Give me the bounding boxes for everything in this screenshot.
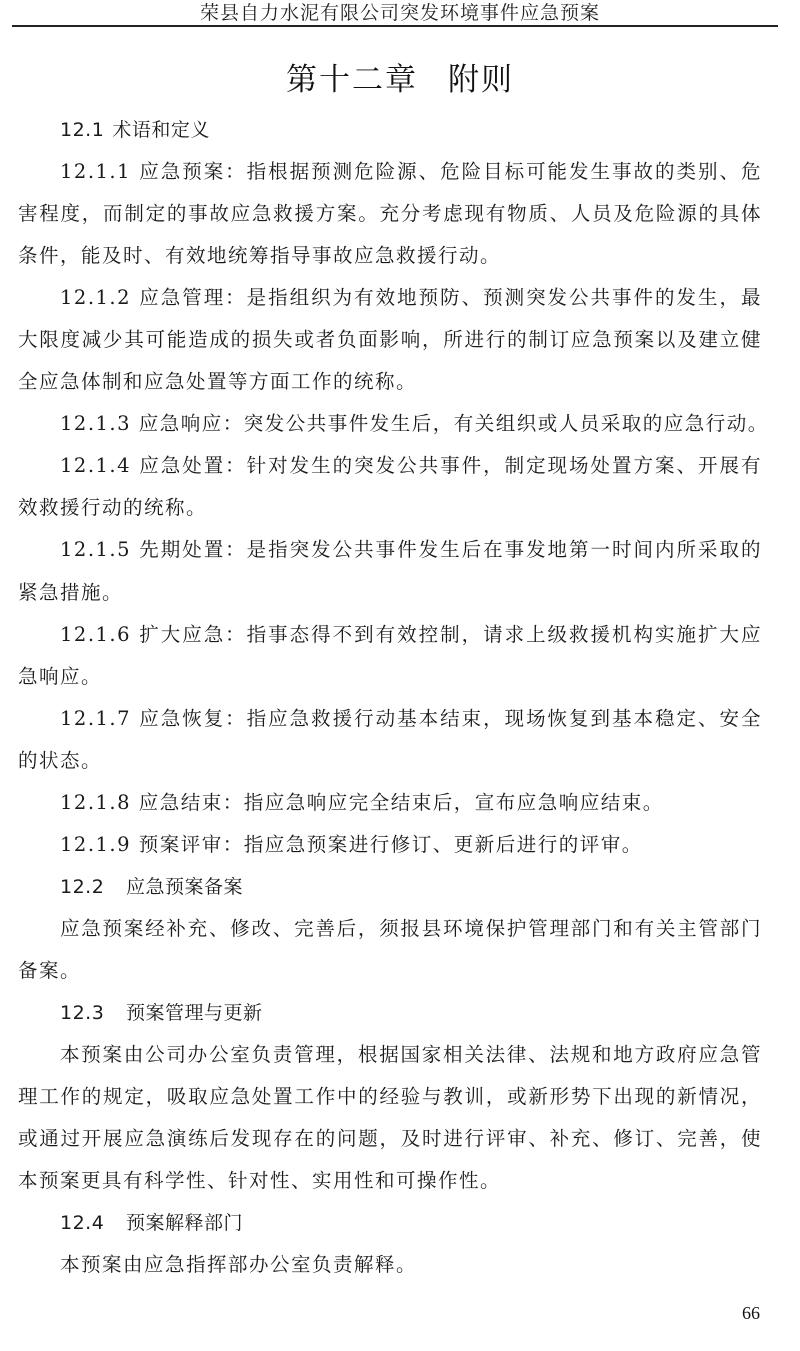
paragraph-line: 的状态。 — [18, 740, 762, 782]
paragraph-line: 条件，能及时、有效地统筹指导事故应急救援行动。 — [18, 235, 762, 277]
section-number: 12.4 — [60, 1202, 126, 1244]
chapter-name: 附则 — [448, 62, 514, 98]
paragraph-line: 效救援行动的统称。 — [18, 487, 762, 529]
definition-12-1-4: 12.1.4 应急处置：针对发生的突发公共事件，制定现场处置方案、开展有 效救援… — [18, 445, 762, 529]
definition-12-1-3: 12.1.3 应急响应：突发公共事件发生后，有关组织或人员采取的应急行动。 — [18, 403, 762, 445]
paragraph-12-4: 本预案由应急指挥部办公室负责解释。 — [18, 1244, 762, 1286]
document-body: 12.1术语和定义 12.1.1 应急预案：指根据预测危险源、危险目标可能发生事… — [18, 109, 762, 1286]
header-divider — [12, 25, 778, 27]
section-number: 12.3 — [60, 992, 126, 1034]
paragraph-line: 12.1.6 扩大应急：指事态得不到有效控制，请求上级救援机构实施扩大应 — [18, 614, 762, 656]
paragraph-line: 大限度减少其可能造成的损失或者负面影响，所进行的制订应急预案以及建立健 — [18, 319, 762, 361]
paragraph-line: 本预案更具有科学性、针对性、实用性和可操作性。 — [18, 1160, 762, 1202]
paragraph-line: 本预案由公司办公室负责管理，根据国家相关法律、法规和地方政府应急管 — [18, 1034, 762, 1076]
definition-12-1-7: 12.1.7 应急恢复：指应急救援行动基本结束，现场恢复到基本稳定、安全 的状态… — [18, 698, 762, 782]
running-header: 荣县自力水泥有限公司突发环境事件应急预案 — [0, 0, 800, 26]
chapter-number: 第十二章 — [286, 62, 418, 98]
section-title: 预案管理与更新 — [126, 1002, 263, 1024]
section-heading-12-1: 12.1术语和定义 — [18, 109, 762, 151]
section-title: 术语和定义 — [112, 119, 210, 141]
paragraph-line: 12.1.2 应急管理：是指组织为有效地预防、预测突发公共事件的发生，最 — [18, 277, 762, 319]
chapter-title: 第十二章附则 — [0, 56, 800, 104]
page-number: 66 — [742, 1303, 760, 1324]
paragraph-line: 12.1.9 预案评审：指应急预案进行修订、更新后进行的评审。 — [18, 824, 762, 866]
paragraph-line: 12.1.7 应急恢复：指应急救援行动基本结束，现场恢复到基本稳定、安全 — [18, 698, 762, 740]
paragraph-line: 12.1.4 应急处置：针对发生的突发公共事件，制定现场处置方案、开展有 — [18, 445, 762, 487]
paragraph-line: 急响应。 — [18, 656, 762, 698]
section-number: 12.2 — [60, 866, 126, 908]
definition-12-1-9: 12.1.9 预案评审：指应急预案进行修订、更新后进行的评审。 — [18, 824, 762, 866]
paragraph-line: 理工作的规定，吸取应急处置工作中的经验与教训，或新形势下出现的新情况， — [18, 1076, 762, 1118]
paragraph-line: 12.1.1 应急预案：指根据预测危险源、危险目标可能发生事故的类别、危 — [18, 151, 762, 193]
section-heading-12-4: 12.4预案解释部门 — [18, 1202, 762, 1244]
section-title: 预案解释部门 — [126, 1212, 243, 1234]
section-heading-12-3: 12.3预案管理与更新 — [18, 992, 762, 1034]
paragraph-line: 或通过开展应急演练后发现存在的问题，及时进行评审、补充、修订、完善，使 — [18, 1118, 762, 1160]
paragraph-line: 紧急措施。 — [18, 572, 762, 614]
definition-12-1-8: 12.1.8 应急结束：指应急响应完全结束后，宣布应急响应结束。 — [18, 782, 762, 824]
section-number: 12.1 — [60, 109, 104, 151]
definition-12-1-6: 12.1.6 扩大应急：指事态得不到有效控制，请求上级救援机构实施扩大应 急响应… — [18, 614, 762, 698]
definition-12-1-5: 12.1.5 先期处置：是指突发公共事件发生后在事发地第一时间内所采取的 紧急措… — [18, 529, 762, 613]
paragraph-line: 应急预案经补充、修改、完善后，须报县环境保护管理部门和有关主管部门 — [18, 908, 762, 950]
paragraph-line: 12.1.5 先期处置：是指突发公共事件发生后在事发地第一时间内所采取的 — [18, 529, 762, 571]
paragraph-12-3: 本预案由公司办公室负责管理，根据国家相关法律、法规和地方政府应急管 理工作的规定… — [18, 1034, 762, 1202]
paragraph-line: 全应急体制和应急处置等方面工作的统称。 — [18, 361, 762, 403]
definition-12-1-2: 12.1.2 应急管理：是指组织为有效地预防、预测突发公共事件的发生，最 大限度… — [18, 277, 762, 403]
paragraph-12-2: 应急预案经补充、修改、完善后，须报县环境保护管理部门和有关主管部门 备案。 — [18, 908, 762, 992]
section-heading-12-2: 12.2应急预案备案 — [18, 866, 762, 908]
paragraph-line: 害程度，而制定的事故应急救援方案。充分考虑现有物质、人员及危险源的具体 — [18, 193, 762, 235]
paragraph-line: 12.1.8 应急结束：指应急响应完全结束后，宣布应急响应结束。 — [18, 782, 762, 824]
definition-12-1-1: 12.1.1 应急预案：指根据预测危险源、危险目标可能发生事故的类别、危 害程度… — [18, 151, 762, 277]
paragraph-line: 备案。 — [18, 950, 762, 992]
paragraph-line: 12.1.3 应急响应：突发公共事件发生后，有关组织或人员采取的应急行动。 — [18, 403, 762, 445]
section-title: 应急预案备案 — [126, 876, 243, 898]
paragraph-line: 本预案由应急指挥部办公室负责解释。 — [18, 1244, 762, 1286]
